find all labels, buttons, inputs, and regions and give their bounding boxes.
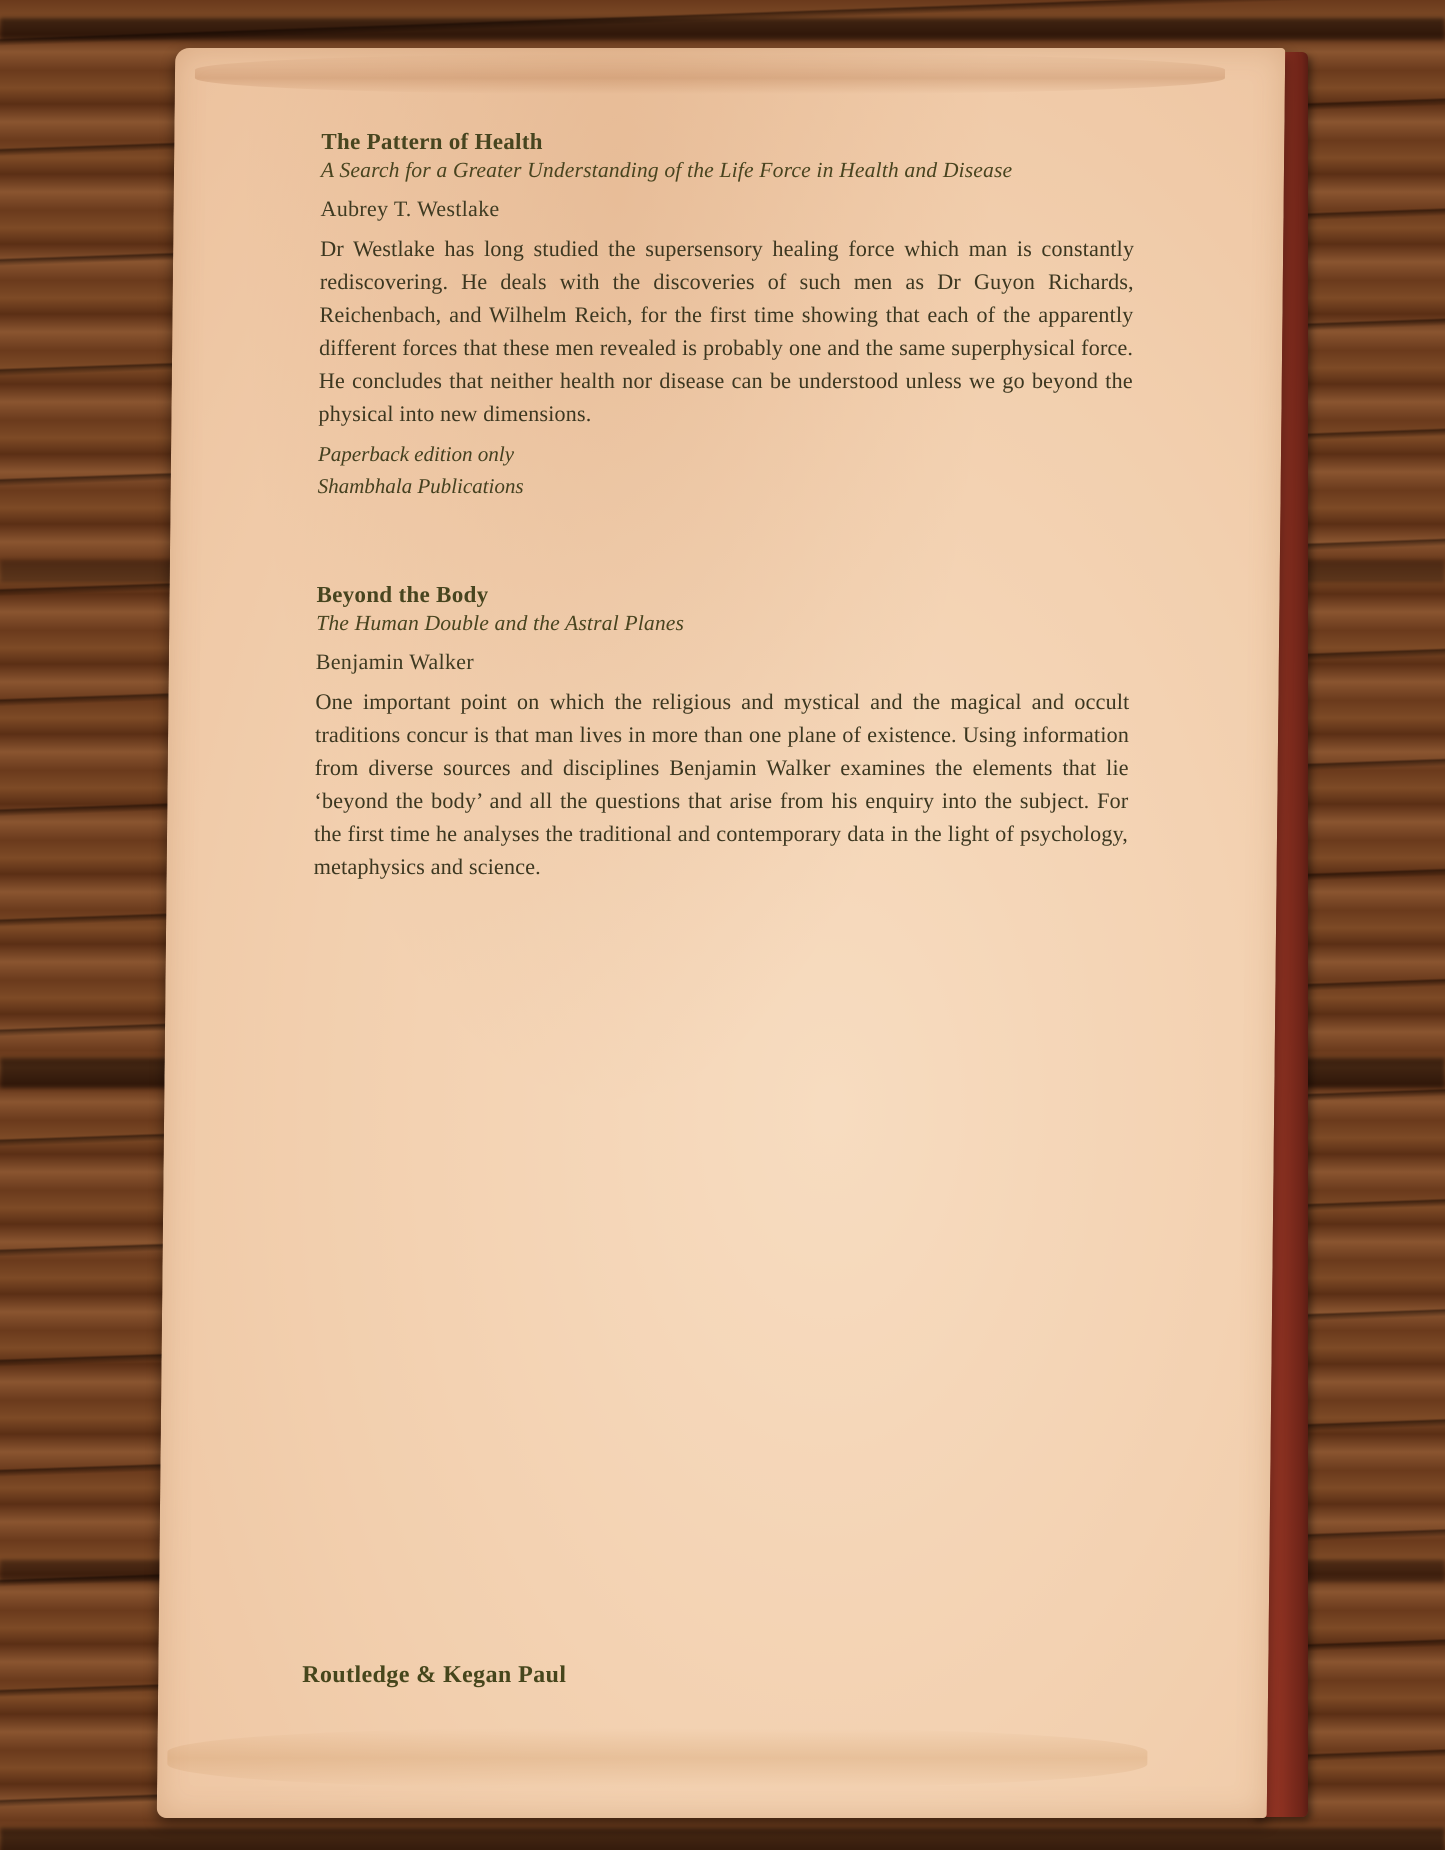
book-author: Aubrey T. Westlake: [320, 194, 1134, 224]
publisher-imprint: Routledge & Kegan Paul: [302, 1662, 566, 1689]
book-title: Beyond the Body: [316, 581, 1130, 609]
jacket-content: The Pattern of Health A Search for a Gre…: [314, 128, 1136, 883]
book-note: Paperback edition only Shambhala Publica…: [318, 438, 1133, 502]
book-description: Dr Westlake has long studied the superse…: [318, 232, 1134, 430]
publisher-note: Shambhala Publications: [318, 470, 1132, 502]
book-listing: Beyond the Body The Human Double and the…: [314, 581, 1131, 883]
wood-grain: [0, 18, 1445, 40]
book-subtitle: The Human Double and the Astral Planes: [316, 609, 1130, 637]
dust-jacket-back: The Pattern of Health A Search for a Gre…: [157, 48, 1286, 1818]
water-stain: [195, 54, 1225, 94]
book-listing: The Pattern of Health A Search for a Gre…: [318, 128, 1136, 502]
edition-note: Paperback edition only: [318, 438, 1132, 470]
book-description: One important point on which the religio…: [314, 685, 1130, 883]
book-subtitle: A Search for a Greater Understanding of …: [321, 156, 1135, 184]
book-title: The Pattern of Health: [321, 128, 1135, 156]
book-author: Benjamin Walker: [316, 647, 1130, 677]
wood-grain: [0, 1828, 1445, 1850]
water-stain: [167, 1728, 1148, 1788]
